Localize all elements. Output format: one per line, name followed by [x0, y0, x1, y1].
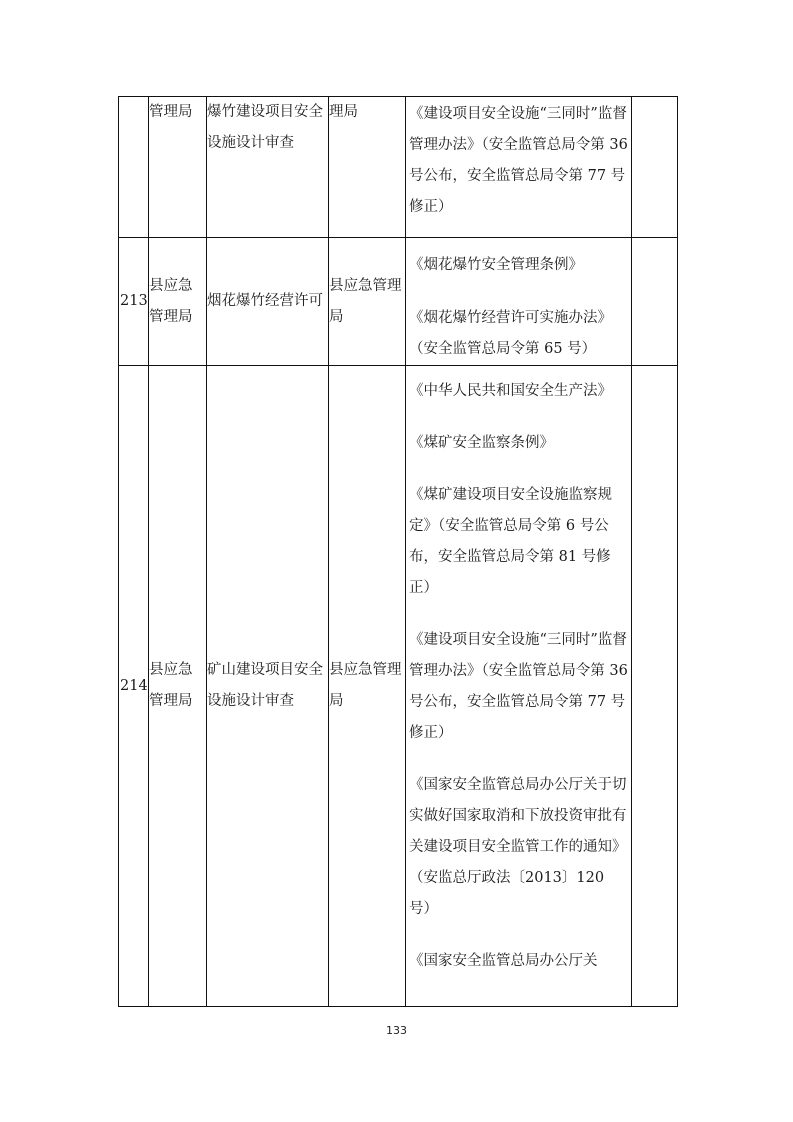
legal-basis-text: 《中华人民共和国安全生产法》	[406, 376, 631, 407]
item-cell: 爆竹建设项目安全设施设计审查	[207, 97, 329, 238]
legal-basis-text: 《国家安全监管总局办公厅关于切实做好国家取消和下放投资审批有关建设项目安全监管工…	[406, 770, 631, 925]
legal-basis-text: 《烟花爆竹安全管理条例》	[406, 250, 631, 281]
legal-basis-text: 《建设项目安全设施“三同时”监督管理办法》（安全监管总局令第 36 号公布，安全…	[406, 625, 631, 749]
table-row: 214 县应急管理局 矿山建设项目安全设施设计审查 县应急管理局 《中华人民共和…	[119, 366, 678, 1007]
regulation-table: 管理局 爆竹建设项目安全设施设计审查 理局 《建设项目安全设施“三同时”监督管理…	[118, 96, 678, 1007]
row-number: 213	[119, 238, 149, 366]
paragraph-gap	[406, 407, 631, 428]
paragraph-gap	[406, 459, 631, 480]
item-cell: 矿山建设项目安全设施设计审查	[207, 366, 329, 1007]
row-number: 214	[119, 366, 149, 1007]
note-cell	[632, 97, 678, 238]
department-cell: 管理局	[149, 97, 207, 238]
item-cell: 烟花爆竹经营许可	[207, 238, 329, 366]
table-row: 213 县应急管理局 烟花爆竹经营许可 县应急管理局 《烟花爆竹安全管理条例》 …	[119, 238, 678, 366]
legal-basis-text: 《建设项目安全设施“三同时”监督管理办法》（安全监管总局令第 36 号公布，安全…	[406, 99, 631, 223]
department-cell: 县应急管理局	[149, 238, 207, 366]
note-cell	[632, 238, 678, 366]
note-cell	[632, 366, 678, 1007]
paragraph-gap	[406, 604, 631, 625]
paragraph-gap	[406, 925, 631, 946]
legal-basis-cell: 《建设项目安全设施“三同时”监督管理办法》（安全监管总局令第 36 号公布，安全…	[406, 97, 632, 238]
legal-basis-text: 《煤矿建设项目安全设施监察规定》（安全监管总局令第 6 号公布，安全监管总局令第…	[406, 480, 631, 604]
legal-basis-text: 《国家安全监管总局办公厅关	[406, 946, 631, 977]
implementer-cell: 县应急管理局	[329, 366, 406, 1007]
paragraph-gap	[406, 749, 631, 770]
legal-basis-text: 《烟花爆竹经营许可实施办法》（安全监管总局令第 65 号）	[406, 303, 631, 365]
legal-basis-cell: 《烟花爆竹安全管理条例》 《烟花爆竹经营许可实施办法》（安全监管总局令第 65 …	[406, 238, 632, 366]
department-cell: 县应急管理局	[149, 366, 207, 1007]
table-row: 管理局 爆竹建设项目安全设施设计审查 理局 《建设项目安全设施“三同时”监督管理…	[119, 97, 678, 238]
implementer-cell: 县应急管理局	[329, 238, 406, 366]
legal-basis-cell: 《中华人民共和国安全生产法》 《煤矿安全监察条例》 《煤矿建设项目安全设施监察规…	[406, 366, 632, 1007]
implementer-cell: 理局	[329, 97, 406, 238]
row-number	[119, 97, 149, 238]
legal-basis-text: 《煤矿安全监察条例》	[406, 428, 631, 459]
paragraph-gap	[406, 281, 631, 303]
page-number: 133	[0, 1024, 793, 1037]
